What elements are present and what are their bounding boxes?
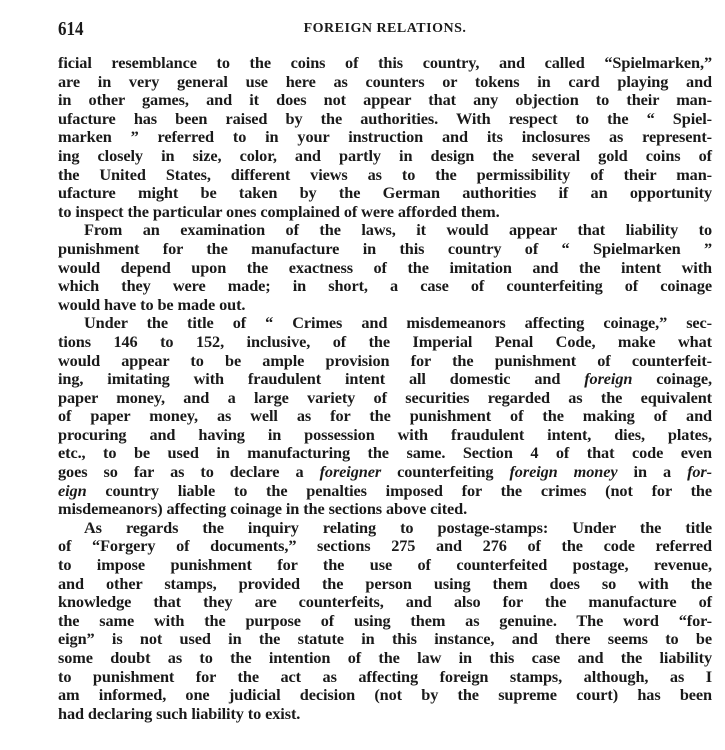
text-line: Under the title of “ Crimes and misdemea…: [58, 314, 712, 333]
paragraph: ficial resemblance to the coins of this …: [58, 54, 712, 221]
paragraph: From an examination of the laws, it woul…: [58, 221, 712, 314]
italic-text: for-: [687, 462, 712, 481]
text-line: goes so far as to declare a foreigner co…: [58, 463, 712, 482]
text-line: punishment for the manufacture in this c…: [58, 240, 712, 259]
text-line: eign country liable to the penalties imp…: [58, 482, 712, 501]
text-line: and other stamps, provided the person us…: [58, 575, 712, 594]
text-line: the same with the purpose of using them …: [58, 612, 712, 631]
text-line: to punishment for the act as affecting f…: [58, 668, 712, 687]
text-line: in other games, and it does not appear t…: [58, 91, 712, 110]
text-line: knowledge that they are counterfeits, an…: [58, 593, 712, 612]
text-line: paper money, and a large variety of secu…: [58, 389, 712, 408]
italic-text: eign: [58, 481, 87, 500]
italic-text: foreigner: [320, 462, 382, 481]
text-line: to inspect the particular ones complaine…: [58, 203, 712, 222]
text-line: which they were made; in short, a case o…: [58, 277, 712, 296]
page-header: 614 FOREIGN RELATIONS.: [58, 18, 712, 42]
text-line: to impose punishment for the use of coun…: [58, 556, 712, 575]
text-line: ing closely in size, color, and partly i…: [58, 147, 712, 166]
text-line: ufacture might be taken by the German au…: [58, 184, 712, 203]
text-line: From an examination of the laws, it woul…: [58, 221, 712, 240]
italic-text: foreign money: [509, 462, 617, 481]
running-title: FOREIGN RELATIONS.: [58, 21, 712, 37]
text-line: are in very general use here as counters…: [58, 73, 712, 92]
text-line: marken ” referred to in your instruction…: [58, 128, 712, 147]
text-line: ufacture has been raised by the authorit…: [58, 110, 712, 129]
text-line: of paper money, as well as for the punis…: [58, 407, 712, 426]
text-line: eign” is not used in the statute in this…: [58, 630, 712, 649]
text-line: some doubt as to the intention of the la…: [58, 649, 712, 668]
document-body: ficial resemblance to the coins of this …: [58, 54, 712, 723]
text-line: ing, imitating with fraudulent intent al…: [58, 370, 712, 389]
text-line: would depend upon the exactness of the i…: [58, 259, 712, 278]
text-line: ficial resemblance to the coins of this …: [58, 54, 712, 73]
text-line: would have to be made out.: [58, 296, 712, 315]
text-line: procuring and having in possession with …: [58, 426, 712, 445]
text-line: tions 146 to 152, inclusive, of the Impe…: [58, 333, 712, 352]
paragraph: Under the title of “ Crimes and misdemea…: [58, 314, 712, 519]
text-line: etc., to be used in manufacturing the sa…: [58, 444, 712, 463]
paragraph: As regards the inquiry relating to posta…: [58, 519, 712, 724]
text-line: As regards the inquiry relating to posta…: [58, 519, 712, 538]
text-line: would appear to be ample provision for t…: [58, 352, 712, 371]
text-line: misdemeanors) affecting coinage in the s…: [58, 500, 712, 519]
text-line: of “Forgery of documents,” sections 275 …: [58, 537, 712, 556]
text-line: am informed, one judicial decision (not …: [58, 686, 712, 705]
text-line: had declaring such liability to exist.: [58, 705, 712, 724]
text-line: the United States, different views as to…: [58, 166, 712, 185]
italic-text: foreign: [584, 369, 632, 388]
